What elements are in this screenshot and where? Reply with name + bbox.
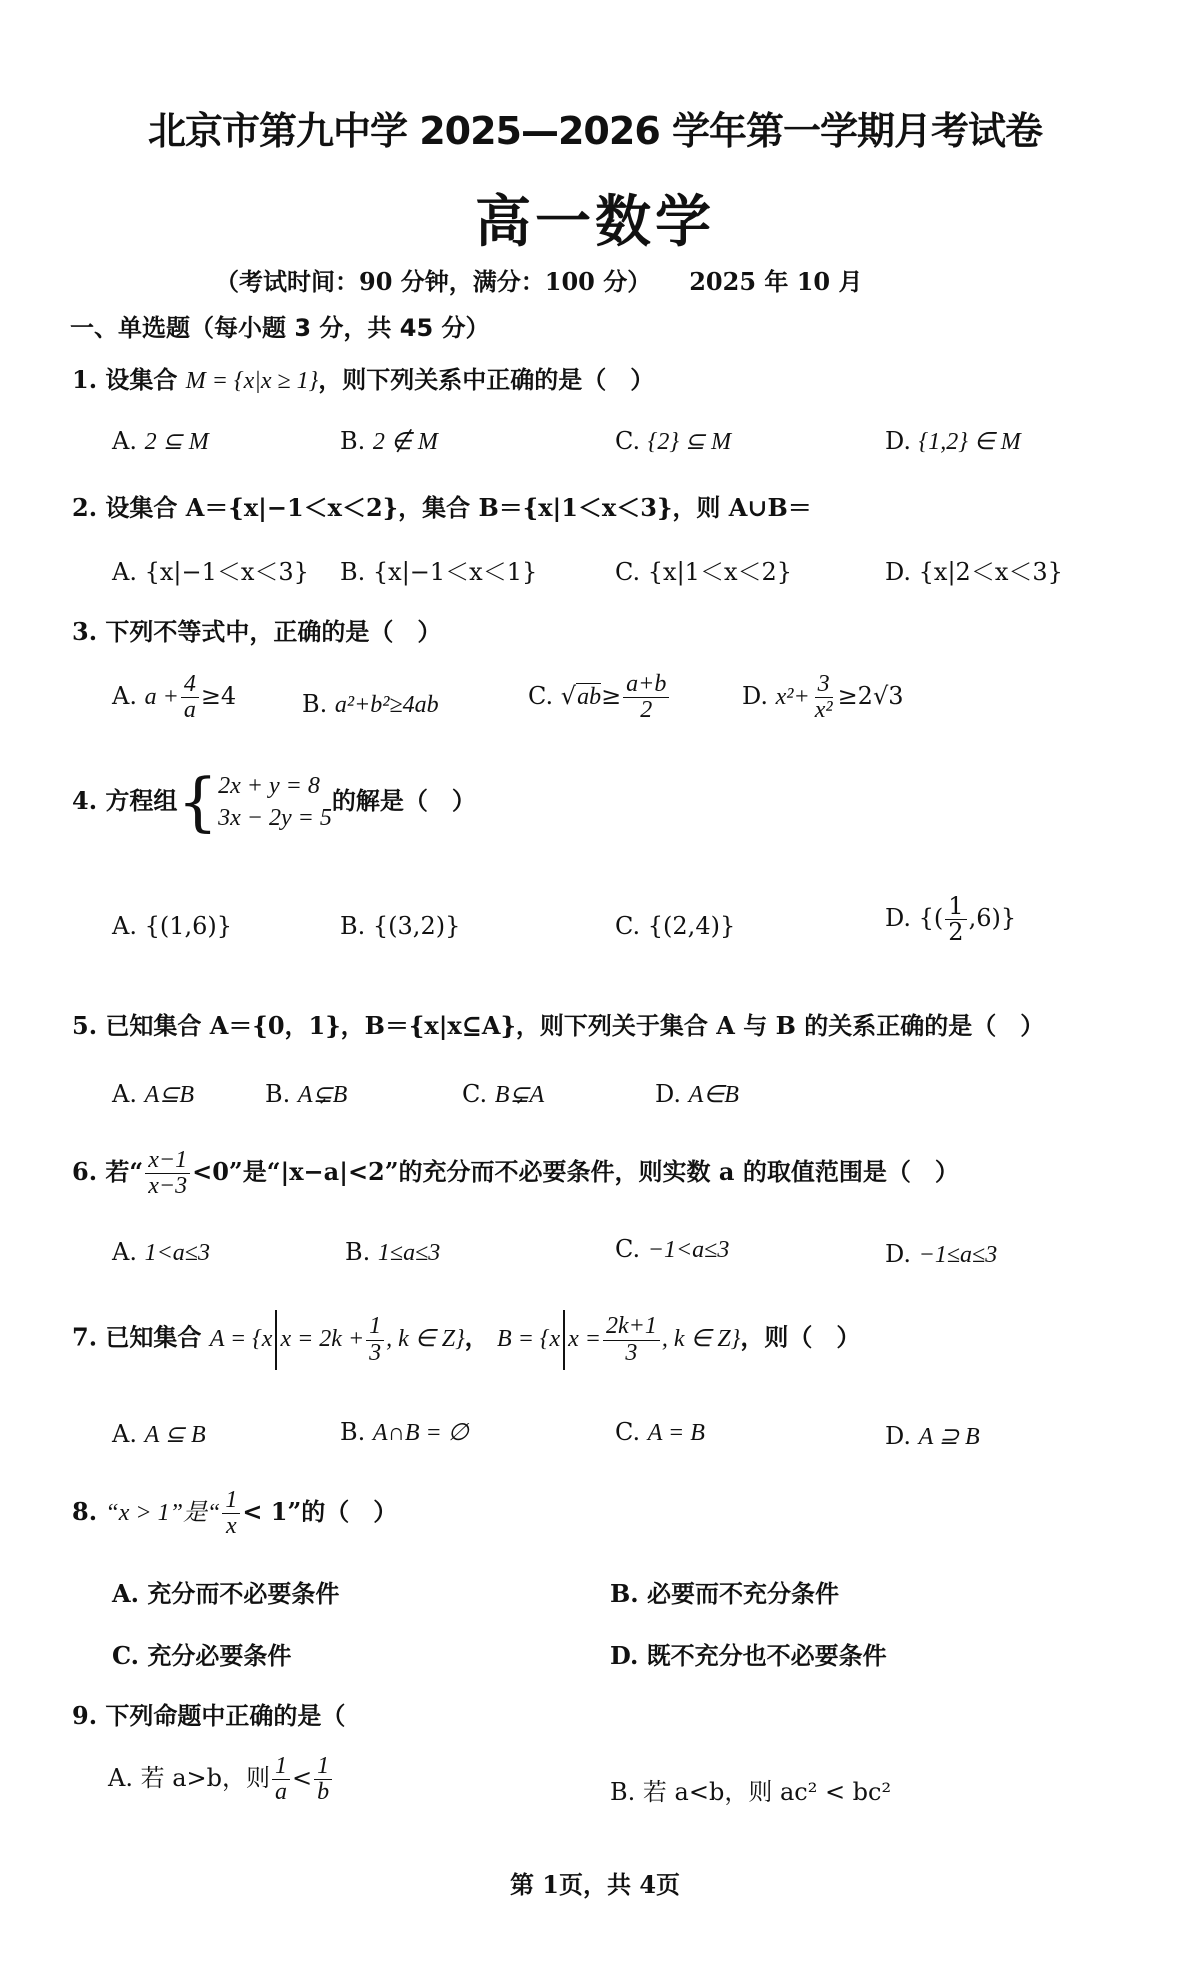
question-5-option-a[interactable]: A. A⊆B bbox=[112, 1080, 194, 1109]
exam-info: （考试时间：90 分钟，满分：100 分）2025 年 10 月 bbox=[215, 262, 862, 297]
stem-math: M = {x|x ≥ 1} bbox=[186, 368, 318, 394]
question-3-option-c[interactable]: C. √ab≥a+b2 bbox=[528, 672, 671, 723]
question-2-option-d[interactable]: D. {x|2＜x＜3} bbox=[885, 552, 1063, 587]
denominator: 2 bbox=[945, 920, 966, 945]
question-6-option-a[interactable]: A. 1<a≤3 bbox=[112, 1238, 210, 1267]
option-label: A. bbox=[112, 427, 137, 455]
question-number: 1. bbox=[72, 365, 97, 394]
option-label: C. bbox=[528, 682, 553, 710]
option-label: D. bbox=[742, 682, 768, 710]
option-text: B⊊A bbox=[495, 1082, 544, 1108]
option-text: A⊊B bbox=[298, 1082, 347, 1108]
option-label: B. bbox=[340, 558, 365, 586]
option-math: ≥2√3 bbox=[838, 682, 904, 710]
set-bar bbox=[563, 1310, 565, 1370]
option-label: D. bbox=[885, 427, 911, 455]
sqrt-radicand: ab bbox=[576, 683, 601, 710]
numerator: 3 bbox=[815, 672, 833, 698]
option-math: < bbox=[292, 1764, 312, 1792]
option-text: 若 a>b，则 bbox=[141, 1764, 270, 1792]
exam-duration-score: （考试时间：90 分钟，满分：100 分） bbox=[215, 267, 651, 296]
fraction: 1a bbox=[272, 1754, 290, 1805]
set-a-expr: x = 2k + bbox=[280, 1326, 364, 1352]
question-4-option-d[interactable]: D. {(12,6)} bbox=[885, 894, 1016, 945]
option-label: D. bbox=[885, 904, 911, 932]
option-text: {x|−1＜x＜1} bbox=[373, 558, 537, 586]
fraction: 3x² bbox=[812, 672, 836, 723]
option-label: B. bbox=[340, 1418, 365, 1446]
exam-title: 北京市第九中学 2025—2026 学年第一学期月考试卷 bbox=[0, 100, 1190, 155]
question-5-option-d[interactable]: D. A∈B bbox=[655, 1080, 739, 1109]
question-number: 4. bbox=[72, 786, 97, 815]
numerator: a+b bbox=[623, 672, 669, 698]
option-label: B. bbox=[610, 1579, 639, 1608]
stem-text: 若“ bbox=[105, 1157, 143, 1186]
question-number: 9. bbox=[72, 1701, 97, 1730]
denominator: 2 bbox=[637, 698, 655, 723]
option-text: {x|1＜x＜2} bbox=[648, 558, 792, 586]
option-math: ,6)} bbox=[969, 904, 1017, 932]
question-9-option-a[interactable]: A. 若 a>b，则1a<1b bbox=[108, 1754, 334, 1805]
numerator: 1 bbox=[314, 1754, 332, 1780]
set-b-head: B = {x bbox=[497, 1326, 560, 1352]
fraction: x−1x−3 bbox=[145, 1148, 190, 1199]
stem-text: 方程组 bbox=[105, 786, 177, 815]
question-2-option-b[interactable]: B. {x|−1＜x＜1} bbox=[340, 552, 537, 587]
numerator: 1 bbox=[945, 894, 966, 920]
stem-text: 已知集合 A＝{0，1}，B＝{x|x⊆A}，则下列关于集合 A 与 B 的关系… bbox=[105, 1011, 1044, 1040]
question-8-option-b[interactable]: B. 必要而不充分条件 bbox=[610, 1574, 839, 1609]
option-label: B. bbox=[302, 690, 327, 718]
left-brace: { bbox=[177, 765, 218, 839]
subject-title: 高一数学 bbox=[0, 178, 1190, 258]
question-9-stem: 9. 下列命题中正确的是（ bbox=[72, 1696, 345, 1731]
option-text: {x|2＜x＜3} bbox=[919, 558, 1063, 586]
denominator: x² bbox=[812, 698, 836, 723]
option-label: C. bbox=[615, 912, 640, 940]
option-text: {2} ⊆ M bbox=[648, 429, 731, 455]
numerator: 2k+1 bbox=[603, 1314, 660, 1340]
question-4-option-a[interactable]: A. {(1,6)} bbox=[112, 912, 232, 940]
option-math: {( bbox=[919, 904, 944, 932]
question-1-option-d[interactable]: D. {1,2} ∈ M bbox=[885, 427, 1021, 456]
stem-text: ，则下列关系中正确的是（ ） bbox=[318, 365, 654, 394]
option-label: A. bbox=[112, 1080, 137, 1108]
stem-text: 下列不等式中，正确的是（ ） bbox=[105, 617, 441, 646]
question-1-option-c[interactable]: C. {2} ⊆ M bbox=[615, 427, 731, 456]
option-label: B. bbox=[340, 912, 365, 940]
numerator: 4 bbox=[181, 672, 199, 698]
option-label: D. bbox=[655, 1080, 681, 1108]
option-text: 若 a<b，则 ac² < bc² bbox=[643, 1778, 891, 1806]
section-title: 一、单选题（每小题 3 分，共 45 分） bbox=[70, 308, 490, 343]
stem-text: 设集合 A＝{x|−1＜x＜2}，集合 B＝{x|1＜x＜3}，则 A∪B＝ bbox=[105, 493, 811, 522]
question-number: 6. bbox=[72, 1157, 97, 1186]
question-number: 7. bbox=[72, 1323, 97, 1352]
question-1-option-a[interactable]: A. 2 ⊆ M bbox=[112, 427, 209, 456]
question-8-option-a[interactable]: A. 充分而不必要条件 bbox=[112, 1574, 339, 1609]
option-text: {x|−1＜x＜3} bbox=[145, 558, 309, 586]
question-2-option-c[interactable]: C. {x|1＜x＜2} bbox=[615, 552, 792, 587]
equation-2: 3x − 2y = 5 bbox=[218, 802, 332, 834]
question-7-option-d[interactable]: D. A ⊇ B bbox=[885, 1422, 980, 1451]
option-label: D. bbox=[885, 1240, 911, 1268]
question-5-option-c[interactable]: C. B⊊A bbox=[462, 1080, 544, 1109]
option-text: 充分而不必要条件 bbox=[147, 1579, 339, 1608]
option-text: {(2,4)} bbox=[648, 912, 735, 940]
question-7-option-b[interactable]: B. A∩B = ∅ bbox=[340, 1418, 469, 1447]
separator: ， bbox=[465, 1323, 489, 1352]
question-7-stem: 7. 已知集合 A = {xx = 2k +13, k ∈ Z}， B = {x… bbox=[72, 1310, 860, 1370]
option-label: B. bbox=[340, 427, 365, 455]
option-text: A∩B = ∅ bbox=[373, 1420, 469, 1446]
set-a-tail: , k ∈ Z} bbox=[386, 1326, 465, 1352]
option-math: ≥4 bbox=[201, 682, 236, 710]
option-text: 充分必要条件 bbox=[147, 1641, 291, 1670]
stem-text: 已知集合 bbox=[105, 1323, 201, 1352]
option-text: 必要而不充分条件 bbox=[647, 1579, 839, 1608]
set-b: B = {xx =2k+13, k ∈ Z} bbox=[497, 1326, 740, 1352]
set-a: A = {xx = 2k +13, k ∈ Z} bbox=[210, 1326, 465, 1352]
set-a-head: A = {x bbox=[210, 1326, 273, 1352]
option-text: A ⊇ B bbox=[919, 1424, 980, 1450]
denominator: x bbox=[223, 1514, 240, 1539]
option-label: A. bbox=[112, 1238, 137, 1266]
option-math: ≥ bbox=[601, 682, 621, 710]
question-5-stem: 5. 已知集合 A＝{0，1}，B＝{x|x⊆A}，则下列关于集合 A 与 B … bbox=[72, 1006, 1044, 1041]
question-8-option-c[interactable]: C. 充分必要条件 bbox=[112, 1636, 291, 1671]
option-text: 1≤a≤3 bbox=[378, 1240, 440, 1266]
question-7-option-a[interactable]: A. A ⊆ B bbox=[112, 1420, 206, 1449]
option-math: a + bbox=[145, 684, 179, 710]
option-label: A. bbox=[112, 912, 137, 940]
fraction: 4a bbox=[181, 672, 199, 723]
option-label: A. bbox=[112, 682, 137, 710]
option-text: A⊆B bbox=[145, 1082, 194, 1108]
option-text: a²+b²≥4ab bbox=[335, 692, 439, 718]
option-label: A. bbox=[112, 1420, 137, 1448]
denominator: a bbox=[272, 1780, 290, 1805]
option-text: A ⊆ B bbox=[145, 1422, 206, 1448]
option-label: B. bbox=[610, 1778, 635, 1806]
equation-1: 2x + y = 8 bbox=[218, 770, 332, 802]
question-number: 2. bbox=[72, 493, 97, 522]
option-label: D. bbox=[885, 1422, 911, 1450]
question-6-option-c[interactable]: C. −1<a≤3 bbox=[615, 1235, 729, 1264]
stem-text: 的解是（ ） bbox=[332, 786, 476, 815]
stem-text: ，则（ ） bbox=[740, 1323, 860, 1352]
stem-text: 设集合 bbox=[105, 365, 177, 394]
question-3-option-a[interactable]: A. a +4a≥4 bbox=[112, 672, 236, 723]
fraction: 13 bbox=[366, 1314, 384, 1365]
stem-text: <0”是“|x−a|<2”的充分而不必要条件，则实数 a 的取值范围是（ ） bbox=[192, 1157, 959, 1186]
option-label: B. bbox=[345, 1238, 370, 1266]
stem-text: 下列命题中正确的是（ bbox=[105, 1701, 345, 1730]
option-text: {(3,2)} bbox=[373, 912, 460, 940]
question-number: 3. bbox=[72, 617, 97, 646]
stem-text: “x > 1”是“ bbox=[105, 1500, 220, 1526]
fraction: 2k+13 bbox=[603, 1314, 660, 1365]
exam-date: 2025 年 10 月 bbox=[689, 267, 862, 296]
question-3-stem: 3. 下列不等式中，正确的是（ ） bbox=[72, 612, 441, 647]
question-1-stem: 1. 设集合 M = {x|x ≥ 1}，则下列关系中正确的是（ ） bbox=[72, 360, 654, 395]
page-number: 第 1页，共 4页 bbox=[0, 1865, 1190, 1900]
question-6-option-b[interactable]: B. 1≤a≤3 bbox=[345, 1238, 440, 1267]
question-1-option-b[interactable]: B. 2 ∉ M bbox=[340, 427, 438, 456]
option-label: C. bbox=[615, 1235, 640, 1263]
option-math: x²+ bbox=[776, 684, 810, 710]
question-4-option-c[interactable]: C. {(2,4)} bbox=[615, 912, 735, 940]
option-label: B. bbox=[265, 1080, 290, 1108]
set-b-expr: x = bbox=[568, 1326, 601, 1352]
question-2-option-a[interactable]: A. {x|−1＜x＜3} bbox=[112, 552, 309, 587]
option-text: {(1,6)} bbox=[145, 912, 232, 940]
question-number: 5. bbox=[72, 1011, 97, 1040]
question-7-option-c[interactable]: C. A = B bbox=[615, 1418, 705, 1447]
denominator: b bbox=[314, 1780, 332, 1805]
set-b-tail: , k ∈ Z} bbox=[662, 1326, 741, 1352]
denominator: 3 bbox=[622, 1341, 640, 1366]
option-text: 2 ∉ M bbox=[373, 429, 438, 455]
denominator: 3 bbox=[366, 1341, 384, 1366]
question-6-option-d[interactable]: D. −1≤a≤3 bbox=[885, 1240, 997, 1269]
set-bar bbox=[275, 1310, 277, 1370]
option-label: A. bbox=[112, 1579, 139, 1608]
option-label: C. bbox=[615, 558, 640, 586]
option-text: −1<a≤3 bbox=[648, 1237, 730, 1263]
question-9-option-b[interactable]: B. 若 a<b，则 ac² < bc² bbox=[610, 1772, 891, 1807]
denominator: x−3 bbox=[145, 1174, 190, 1199]
fraction: 12 bbox=[945, 894, 966, 945]
question-2-stem: 2. 设集合 A＝{x|−1＜x＜2}，集合 B＝{x|1＜x＜3}，则 A∪B… bbox=[72, 488, 812, 523]
numerator: 1 bbox=[272, 1754, 290, 1780]
question-4-stem: 4. 方程组{2x + y = 83x − 2y = 5的解是（ ） bbox=[72, 770, 476, 835]
stem-text: < 1”的（ ） bbox=[242, 1497, 397, 1526]
option-text: 2 ⊆ M bbox=[145, 429, 209, 455]
option-label: C. bbox=[615, 427, 640, 455]
option-label: A. bbox=[112, 558, 137, 586]
option-label: C. bbox=[112, 1641, 139, 1670]
option-text: 既不充分也不必要条件 bbox=[647, 1641, 887, 1670]
question-3-option-d[interactable]: D. x²+3x²≥2√3 bbox=[742, 672, 904, 723]
question-number: 8. bbox=[72, 1497, 97, 1526]
question-8-stem: 8. “x > 1”是“1x< 1”的（ ） bbox=[72, 1488, 397, 1539]
option-label: C. bbox=[615, 1418, 640, 1446]
option-label: C. bbox=[462, 1080, 487, 1108]
option-label: D. bbox=[610, 1641, 638, 1670]
question-3-option-b[interactable]: B. a²+b²≥4ab bbox=[302, 690, 439, 719]
question-4-option-b[interactable]: B. {(3,2)} bbox=[340, 912, 460, 940]
numerator: 1 bbox=[366, 1314, 384, 1340]
question-5-option-b[interactable]: B. A⊊B bbox=[265, 1080, 347, 1109]
denominator: a bbox=[181, 698, 199, 723]
question-8-option-d[interactable]: D. 既不充分也不必要条件 bbox=[610, 1636, 887, 1671]
option-text: −1≤a≤3 bbox=[919, 1242, 998, 1268]
numerator: 1 bbox=[222, 1488, 240, 1514]
fraction: a+b2 bbox=[623, 672, 669, 723]
question-6-stem: 6. 若“x−1x−3<0”是“|x−a|<2”的充分而不必要条件，则实数 a … bbox=[72, 1148, 959, 1199]
equation-system: 2x + y = 83x − 2y = 5 bbox=[218, 770, 332, 835]
option-text: A∈B bbox=[689, 1082, 739, 1108]
numerator: x−1 bbox=[145, 1148, 190, 1174]
fraction: 1b bbox=[314, 1754, 332, 1805]
option-label: A. bbox=[108, 1764, 133, 1792]
option-text: A = B bbox=[648, 1420, 705, 1446]
fraction: 1x bbox=[222, 1488, 240, 1539]
option-text: 1<a≤3 bbox=[145, 1240, 210, 1266]
option-label: D. bbox=[885, 558, 911, 586]
option-text: {1,2} ∈ M bbox=[919, 429, 1021, 455]
